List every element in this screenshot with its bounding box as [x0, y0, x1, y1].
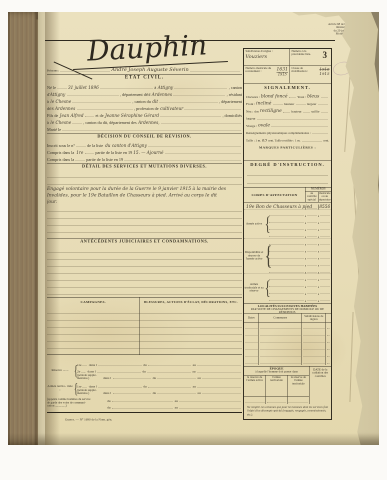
previous-number-label: Numéro à la précédente liste.	[292, 50, 320, 56]
handwritten-value: 15. — Ajourné	[133, 150, 163, 155]
ruled-line	[47, 205, 242, 212]
supplementaire-label: (période supplé- mentaire.)	[77, 374, 103, 380]
periode-row: (période supplé- mentaire.) dans l du au	[77, 374, 242, 381]
section-signalement: SIGNALEMENT. Cheveux : blond foncé Yeux …	[244, 84, 331, 150]
ruled-line	[47, 342, 140, 349]
dotted-leader	[320, 272, 330, 273]
section-corps-affectation: CORPS D'AFFECTATION NUMÉROS au contrôle …	[244, 187, 331, 303]
territoriale-group: Armée territo- riale : { 1re ..... dans …	[47, 382, 242, 396]
campagnes-table: CAMPAGNES.	[47, 298, 140, 355]
dotted-leader	[113, 379, 151, 380]
printed-label: , résidant	[227, 93, 242, 98]
printed-label: hauteur	[284, 103, 294, 107]
ordinal-label: 2e .....	[77, 370, 86, 374]
ruled-line	[140, 307, 242, 314]
numero-cell	[305, 251, 318, 253]
dotted-leader	[320, 258, 330, 259]
subdivision-box: Subdivision d'origine : Vouziers	[244, 49, 290, 66]
dotted-leader	[76, 161, 85, 162]
handwritten-value: 31 juillet 1896	[68, 85, 99, 90]
section-title: DEGRÉ D'INSTRUCTION.	[244, 160, 331, 168]
numero-cell	[305, 230, 318, 232]
dotted-leader	[100, 89, 153, 90]
garde-voies-group: (appelés comme hommes du service de gard…	[47, 397, 242, 410]
ruled-line	[47, 246, 242, 253]
numero-cell	[305, 258, 318, 260]
ruled-line	[47, 212, 242, 219]
given-names-label: Prénoms :	[47, 69, 59, 72]
paper-crease	[349, 312, 353, 402]
printed-label: au	[192, 370, 195, 374]
territoriale-label: Armée territo- riale :	[47, 385, 73, 392]
periode-row: (période supplé- mentaire.) dans l du au	[77, 388, 242, 395]
corps-header: CORPS D'AFFECTATION NUMÉROS au contrôle …	[244, 188, 331, 203]
corps-row	[268, 239, 331, 246]
periode-row: du au	[107, 403, 242, 410]
dotted-leader	[307, 258, 317, 259]
form-row: largeur	[244, 113, 331, 120]
printed-label: , département d	[120, 93, 146, 98]
right-column: Subdivision d'origine : Vouziers Numéro …	[243, 48, 332, 420]
dotted-leader	[112, 402, 173, 403]
dotted-leader	[197, 366, 240, 367]
dotted-leader	[98, 366, 141, 367]
section-etat-civil: ÉTAT CIVIL. Né le 31 juillet 1896 à Atti…	[47, 74, 242, 132]
localites-header-row: Dates Communes Subdivisions de région	[244, 313, 331, 323]
dotted-leader	[320, 265, 330, 266]
handwritten-value: blond foncé	[261, 94, 288, 99]
previous-number-value: 3	[323, 50, 328, 61]
section-title: ANTÉCÉDENTS JUDICIAIRES ET CONDAMNATIONS…	[47, 239, 242, 247]
handwritten-value: Jeanne Séraphine Gérard	[105, 113, 159, 118]
numero-cell	[318, 258, 331, 260]
corps-row	[268, 295, 331, 302]
ruled-line	[140, 342, 242, 349]
territoriale-reserve-group: Armée territoriale et sa réserve {	[244, 274, 331, 303]
printed-label: , profession de	[134, 107, 159, 112]
dotted-leader	[85, 117, 94, 118]
register-page: Article 68 de l'Instruction ministériell…	[45, 12, 379, 445]
dotted-leader	[202, 379, 240, 380]
handwritten-value: 1re	[76, 150, 83, 155]
ordinal-label: 1re .....	[77, 363, 87, 367]
printed-label: , canton du	[132, 100, 150, 105]
numero-cell	[305, 287, 318, 289]
classe-label: Classe de mobilisation :	[292, 67, 314, 73]
dotted-leader	[269, 258, 304, 259]
dotted-leader	[112, 408, 173, 409]
dotted-leader	[320, 294, 330, 295]
numeros-sub1: au contrôle spécial	[306, 192, 319, 202]
dotted-leader	[77, 147, 86, 148]
photo-area: Article 68 de l'Instruction ministériell…	[8, 12, 379, 445]
dotted-leader	[257, 119, 327, 120]
dotted-leader	[269, 244, 304, 245]
dotted-leader	[179, 408, 240, 409]
handwritten-value: ovale	[258, 123, 270, 128]
printed-label: et de	[96, 114, 104, 119]
printed-label: cent.	[323, 139, 329, 143]
surname-handwritten: Dauphin	[86, 29, 208, 68]
dotted-leader	[175, 89, 228, 90]
printed-label: MARQUES PARTICULIÈRES :	[259, 146, 316, 150]
printed-label: Nez : dos	[246, 110, 259, 114]
matricule-year: 1915	[277, 73, 288, 77]
brace-glyph: {	[74, 364, 76, 378]
dotted-leader	[202, 393, 240, 394]
dotted-leader	[321, 112, 328, 113]
localites-row	[244, 344, 331, 351]
printed-label: dans l	[89, 363, 97, 367]
section-title: DÉTAIL DES SERVICES ET MUTATIONS DIVERSE…	[47, 164, 242, 172]
printed-label: largeur	[307, 103, 317, 107]
printed-label: au	[197, 391, 200, 395]
form-row: Front : incliné hauteur largeur	[244, 99, 331, 106]
form-row: Inscrit sous le n° de la liste du canton…	[47, 141, 242, 148]
dotted-leader	[307, 301, 317, 302]
printed-label: , canton	[229, 86, 242, 91]
brace-glyph: {	[74, 382, 76, 396]
handwritten-value: es Ardennes	[49, 106, 75, 111]
dotted-leader	[125, 161, 241, 162]
dotted-leader	[302, 141, 322, 142]
printed-label: Né le	[47, 86, 56, 91]
form-row: Marié le	[47, 125, 242, 132]
dotted-leader	[320, 230, 330, 231]
handwritten-value: Jean Alfred	[60, 113, 84, 118]
dotted-leader	[73, 124, 82, 125]
dotted-leader	[269, 272, 304, 273]
corps-entry: 19e Bon de Chasseurs à pied	[246, 205, 303, 210]
printed-label: cent. Taille rectifiée : 1 m.	[268, 139, 300, 143]
printed-label: au	[175, 399, 178, 403]
printed-label: au	[193, 363, 196, 367]
numero-cell	[318, 287, 331, 289]
ruled-line	[47, 335, 140, 342]
printed-label: Compris dans la	[47, 158, 74, 163]
corps-entry-row: 19e Bon de Chasseurs à pied 8556	[244, 203, 331, 210]
handwritten-value: le Chesne	[50, 99, 71, 104]
dotted-leader	[320, 237, 330, 238]
corps-row	[268, 217, 331, 224]
supplementaire-label: (période supplé- mentaire.)	[77, 389, 103, 395]
numero-cell	[318, 216, 331, 218]
section-title: DÉCISION DU CONSEIL DE REVISION.	[47, 134, 242, 142]
numeros-sub2: matricule ou au répertoire	[319, 192, 332, 202]
dotted-leader	[85, 154, 94, 155]
epoque-col-2: l'armée territoriale	[266, 376, 288, 397]
dotted-leader	[197, 387, 240, 388]
dotted-leader	[190, 71, 239, 72]
numero-cell	[305, 301, 318, 303]
form-row: à le Chesne , canton du dit , départemen…	[47, 97, 242, 104]
printed-label: du	[143, 363, 147, 367]
corps-row	[268, 274, 331, 281]
ruled-line	[140, 335, 242, 342]
dotted-leader	[307, 208, 317, 209]
section-decision-conseil: DÉCISION DU CONSEIL DE REVISION. Inscrit…	[47, 133, 242, 162]
printed-label: , département	[219, 100, 242, 105]
handwritten-value: dit	[152, 99, 158, 104]
col-communes: Communes	[259, 314, 302, 323]
disponibilite-label: Disponibilité et réserve de l'armée acti…	[244, 251, 264, 261]
section-title: ÉTAT CIVIL.	[47, 75, 242, 83]
printed-label: largeur	[246, 117, 256, 121]
printed-label: du	[142, 370, 146, 374]
corps-row	[268, 281, 331, 288]
dotted-leader	[63, 131, 241, 132]
armee-active-label: Armée active	[244, 222, 264, 225]
epoque-footnote: Ne remplir ces colonnes que pour les hom…	[247, 406, 329, 417]
form-row: Né le 31 juillet 1896 à Attigny , canton	[47, 83, 242, 90]
numero-cell	[305, 223, 318, 225]
dotted-leader	[269, 251, 304, 252]
corps-row	[268, 260, 331, 267]
dotted-leader	[320, 244, 330, 245]
corps-row	[268, 288, 331, 295]
torn-corner-fold	[344, 14, 370, 25]
printed-label: du	[143, 384, 147, 388]
dotted-leader	[273, 105, 283, 106]
printed-label: à	[47, 121, 49, 126]
section-epoque: ÉPOQUE à laquelle l'homme doit passer da…	[244, 366, 331, 404]
printed-label: du	[107, 406, 111, 410]
numero-cell	[305, 280, 318, 282]
scanned-register-photo: Article 68 de l'Instruction ministériell…	[0, 0, 387, 480]
handwritten-service-line: Engagé volontaire pour la durée de la Gu…	[47, 185, 242, 192]
ruled-line	[47, 171, 242, 178]
territoriale-reserve-label: Armée territoriale et sa réserve	[244, 283, 264, 293]
dotted-leader	[312, 134, 327, 135]
section-campagnes-blessures: CAMPAGNES. BLESSURES, ACTIONS D'ÉCLAT, D…	[47, 297, 242, 355]
subdivision-label: Subdivision d'origine :	[246, 50, 289, 53]
printed-label: partie de la liste en 19	[86, 158, 123, 163]
marques-header: MARQUES PARTICULIÈRES :	[244, 142, 331, 149]
printed-label: Renseignements physionomiques complément…	[246, 132, 311, 136]
localites-row	[244, 358, 331, 365]
form-row: d' Attigny , département d es Ardennes ,…	[47, 90, 242, 97]
handwritten-value: rectiligne	[260, 108, 282, 113]
dotted-leader	[174, 96, 226, 97]
printed-label: hauteur	[291, 110, 301, 114]
dotted-leader	[307, 287, 317, 288]
reserve-label: Réserve .......	[47, 368, 73, 372]
corps-title: CORPS D'AFFECTATION	[244, 188, 305, 203]
epoque-col-3: la réserve de l'armée territoriale	[288, 376, 309, 397]
printed-label: Taille : 1 m.	[246, 139, 261, 143]
dotted-leader	[67, 96, 119, 97]
bottom-rule	[47, 412, 242, 413]
ruled-line	[47, 328, 140, 335]
dotted-leader	[307, 230, 317, 231]
ruled-line	[47, 260, 242, 267]
paper-crease	[344, 72, 350, 152]
corps-row	[268, 267, 331, 274]
armee-active-group: Armée active {	[244, 210, 331, 239]
ruled-line	[47, 219, 242, 226]
dotted-leader	[307, 216, 317, 217]
dotted-leader	[197, 372, 240, 373]
dotted-leader	[269, 237, 304, 238]
printed-label: dans l	[103, 391, 111, 395]
dotted-leader	[289, 97, 296, 98]
section-services: DÉTAIL DES SERVICES ET MUTATIONS DIVERSE…	[47, 163, 242, 233]
corner-note-line: Modèle n° 5.	[314, 33, 373, 36]
dotted-leader	[307, 265, 317, 266]
col-dates: Dates	[244, 314, 259, 323]
printed-label: dans l	[88, 370, 96, 374]
given-names-row: Prénoms : André Joseph Auguste Séverin	[47, 66, 241, 73]
section-antecedents: ANTÉCÉDENTS JUDICIAIRES ET CONDAMNATIONS…	[47, 238, 242, 295]
dotted-leader	[320, 216, 330, 217]
dotted-leader	[320, 280, 330, 281]
dotted-leader	[307, 237, 317, 238]
dotted-leader	[283, 112, 290, 113]
given-names-value: André Joseph Auguste Séverin	[111, 67, 188, 73]
numero-cell	[318, 294, 331, 296]
form-row: Compris dans la 1re partie de la liste e…	[47, 148, 242, 155]
numero-cell	[305, 265, 318, 267]
localites-row	[244, 323, 331, 330]
corps-entry-number: 8556	[318, 205, 331, 210]
ruled-line	[140, 321, 242, 328]
dotted-leader	[272, 126, 328, 127]
printed-label: Compris dans la	[47, 151, 74, 156]
numero-cell	[318, 223, 331, 225]
ruled-line	[47, 226, 242, 233]
printed-label: au	[175, 406, 178, 410]
dotted-leader	[148, 366, 191, 367]
handwritten-value: du canton d'Attigny	[105, 143, 147, 148]
numero-cell	[305, 244, 318, 246]
handwritten-value: es Ardennes	[146, 92, 172, 97]
form-row: Nez : dos rectiligne hauteur saillie	[244, 106, 331, 113]
corps-row	[268, 224, 331, 231]
corner-note: Article 68 de l'Instruction ministériell…	[314, 23, 373, 36]
numero-cell	[318, 230, 331, 232]
dotted-leader	[269, 301, 304, 302]
dotted-leader	[307, 244, 317, 245]
dotted-leader	[296, 105, 306, 106]
dotted-leader	[320, 223, 330, 224]
numero-cell	[305, 294, 318, 296]
section-degre-instruction: DEGRÉ D'INSTRUCTION.	[244, 160, 331, 184]
printer-imprint: Guerre. — N° 1690 de la Nom. gén.	[65, 418, 112, 422]
printed-label: , canton du dit, département des	[83, 121, 136, 126]
classe-value: 1915	[319, 72, 329, 77]
blessures-header: BLESSURES, ACTIONS D'ÉCLAT, DÉCORATIONS,…	[140, 298, 242, 307]
handwritten-value: le Chesne	[50, 120, 71, 125]
printed-label: Visage :	[246, 124, 257, 128]
localites-row	[244, 330, 331, 337]
handwritten-value: bleus	[307, 94, 319, 99]
handwritten-value: Ardennes,	[138, 120, 160, 125]
form-row: à le Chesne , canton du dit, département…	[47, 118, 242, 125]
printed-label: saillie	[311, 110, 319, 114]
section-localites: LOCALITÉS SUCCESSIVES HABITÉES PAR SUITE…	[244, 303, 331, 366]
dotted-leader	[148, 147, 240, 148]
dotted-leader	[320, 287, 330, 288]
dotted-leader	[165, 154, 241, 155]
numero-cell	[318, 265, 331, 267]
register-sheet: Article 68 de l'Instruction ministériell…	[45, 12, 379, 445]
form-row: Renseignements physionomiques complément…	[244, 128, 331, 135]
localites-row	[244, 351, 331, 358]
ink-stamp	[332, 60, 354, 77]
printed-label: , domiciliés	[222, 114, 242, 119]
printed-label: Fils de	[47, 114, 58, 119]
epoque-value-row	[244, 396, 309, 404]
ruled-line	[47, 178, 242, 185]
printed-label: au	[193, 384, 196, 388]
matricule-box: Numéro matricule du recrutement : 1631 1…	[244, 66, 290, 83]
corps-row	[268, 246, 331, 253]
dotted-leader	[318, 105, 328, 106]
numero-cell	[318, 280, 331, 282]
dotted-leader	[307, 294, 317, 295]
dotted-leader	[57, 89, 66, 90]
ruled-line	[47, 253, 242, 260]
printed-label: à	[47, 100, 49, 105]
dotted-leader	[158, 379, 196, 380]
form-row: d es Ardennes , profession de cultivateu…	[47, 104, 242, 111]
dotted-leader	[269, 265, 304, 266]
dotted-leader	[179, 402, 240, 403]
ruled-line	[47, 307, 140, 314]
dotted-leader	[269, 287, 304, 288]
ruled-line	[47, 267, 242, 274]
campagnes-header: CAMPAGNES.	[47, 298, 140, 307]
form-row: Compris dans la partie de la liste en 19	[47, 155, 242, 162]
numero-cell	[305, 216, 318, 218]
dotted-leader	[160, 103, 218, 104]
handwritten-service-line: Invalides, pour le 19e Bataillon de Chas…	[47, 192, 242, 199]
ruled-line	[140, 314, 242, 321]
dotted-leader	[269, 294, 304, 295]
numero-cell	[318, 251, 331, 253]
dotted-leader	[161, 117, 221, 118]
subdivision-value: Vouziers	[246, 54, 289, 60]
matricule-label: Numéro matricule du recrutement :	[246, 67, 272, 73]
dotted-leader	[269, 216, 304, 217]
dotted-leader	[269, 280, 304, 281]
form-row: Fils de Jean Alfred et de Jeanne Séraphi…	[47, 111, 242, 118]
dotted-leader	[161, 124, 240, 125]
handwritten-value: Attigny	[158, 85, 173, 90]
ruled-line	[47, 288, 242, 295]
dotted-leader	[307, 251, 317, 252]
dotted-leader	[185, 110, 241, 111]
dotted-leader	[307, 272, 317, 273]
printed-label: Inscrit sous le n°	[47, 144, 75, 149]
printed-label: au	[197, 376, 200, 380]
ruled-line	[47, 321, 140, 328]
brace-glyph: {	[265, 215, 267, 233]
ruled-line	[47, 281, 242, 288]
dotted-leader	[148, 387, 191, 388]
printed-label: dans l	[103, 376, 111, 380]
brace-glyph: {	[265, 244, 267, 267]
dotted-leader	[320, 301, 330, 302]
ruled-line	[47, 314, 140, 321]
epoque-col-1: la réserve de l'armée active	[244, 376, 266, 397]
section-periodes: Réserve ....... { 1re ..... dans l du au…	[47, 359, 242, 410]
section-title: SIGNALEMENT.	[244, 84, 331, 92]
numero-cell	[318, 244, 331, 246]
dotted-leader	[98, 387, 141, 388]
disponibilite-group: Disponibilité et réserve de l'armée acti…	[244, 238, 331, 274]
printed-label: de la liste	[87, 144, 103, 149]
